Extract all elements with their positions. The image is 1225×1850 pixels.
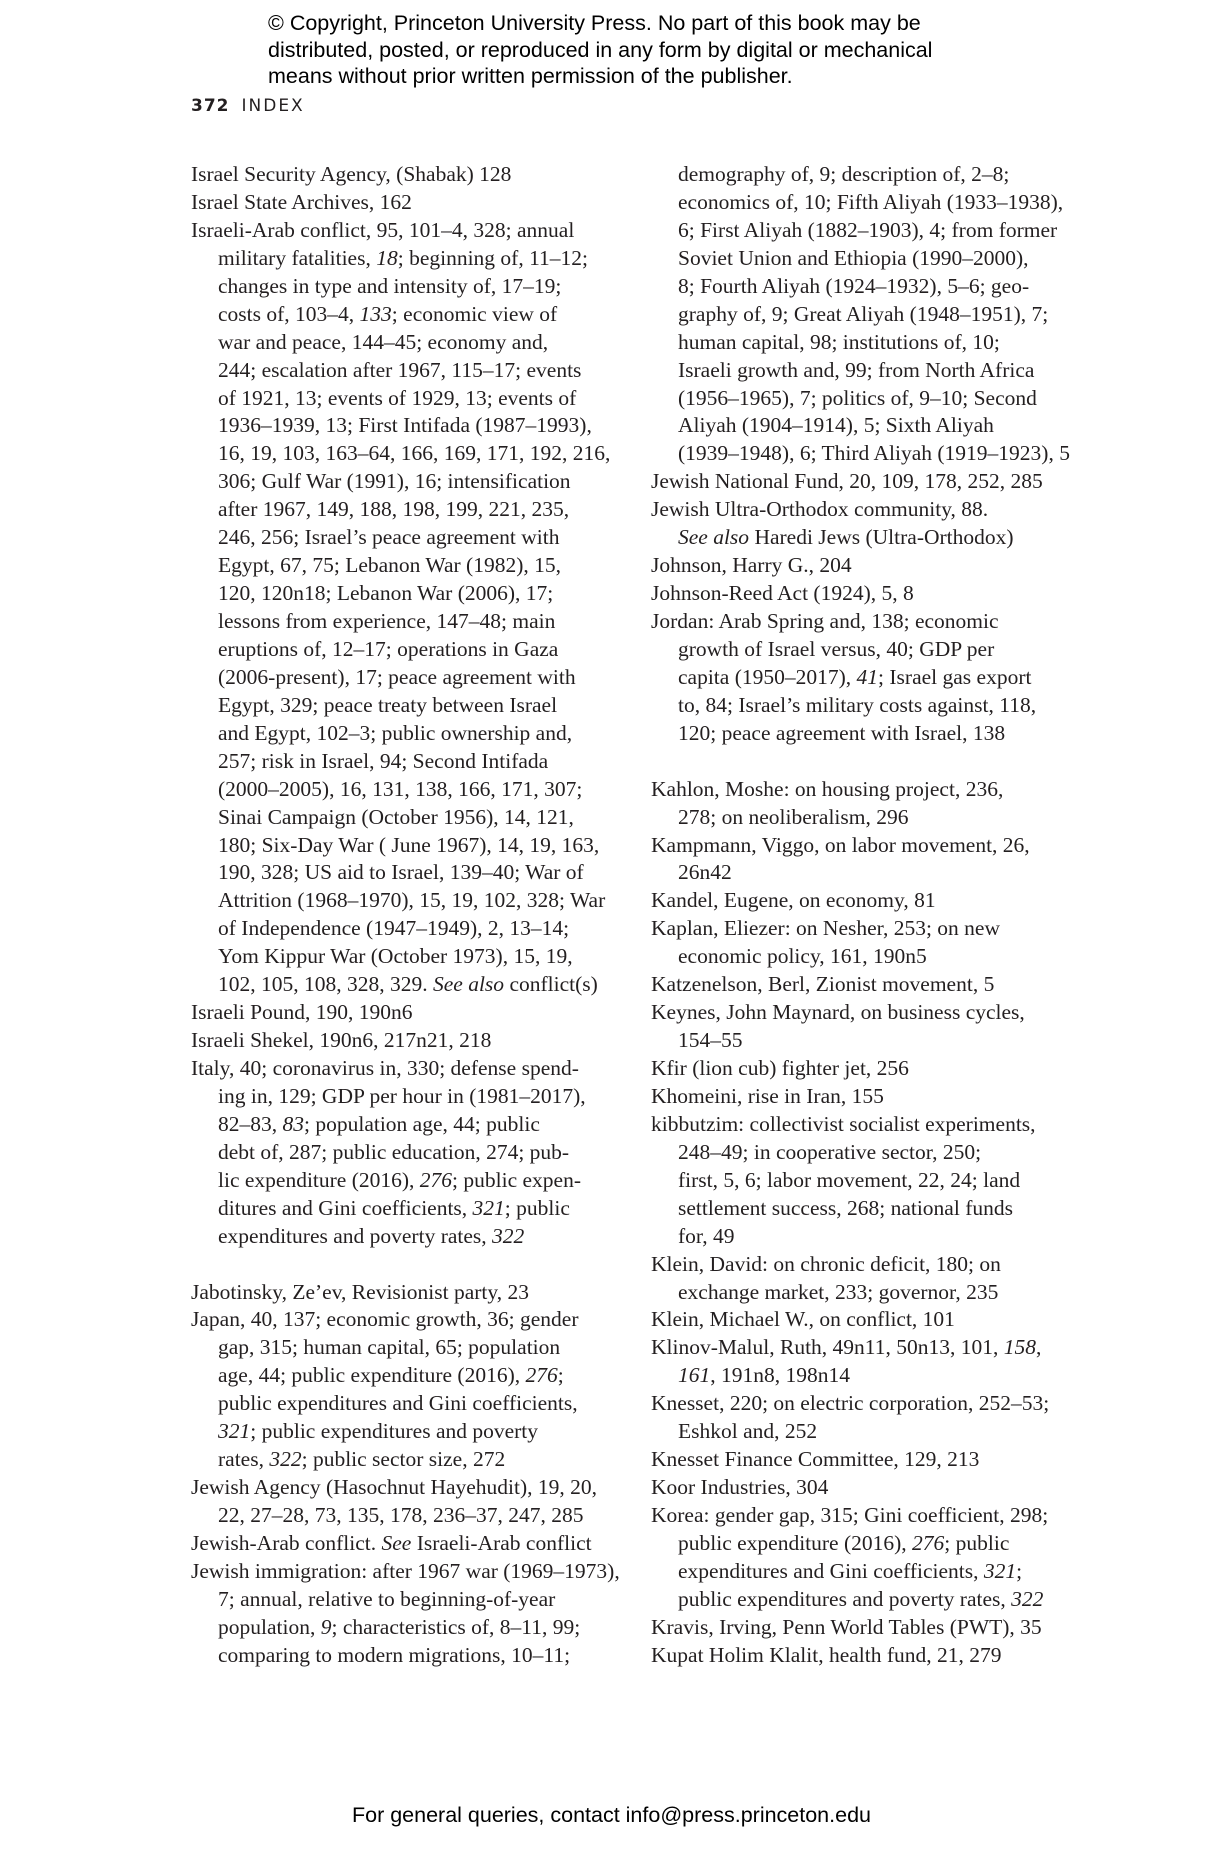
entry-text: Jordan: Arab Spring and, 138; economic [651, 609, 999, 633]
index-subentry-line: of Independence (1947–1949), 2, 13–14; [191, 915, 611, 943]
entry-text: Eshkol and, 252 [678, 1419, 817, 1443]
italic-reference: 322 [492, 1224, 524, 1248]
entry-text: Klein, David: on chronic deficit, 180; o… [651, 1252, 1001, 1276]
entry-text: Kravis, Irving, Penn World Tables (PWT),… [651, 1615, 1042, 1639]
index-subentry-line: 190, 328; US aid to Israel, 139–40; War … [191, 859, 611, 887]
entry-text: gap, 315; human capital, 65; population [218, 1335, 560, 1359]
entry-text: 306; Gulf War (1991), 16; intensificatio… [218, 469, 571, 493]
index-subentry-line: (2006-present), 17; peace agreement with [191, 664, 611, 692]
index-entry-line: Jewish National Fund, 20, 109, 178, 252,… [651, 468, 1071, 496]
index-subentry-line: growth of Israel versus, 40; GDP per [651, 636, 1071, 664]
entry-text: growth of Israel versus, 40; GDP per [678, 637, 994, 661]
italic-reference: 322 [1011, 1587, 1043, 1611]
index-entry-line: Jewish Agency (Hasochnut Hayehudit), 19,… [191, 1474, 611, 1502]
entry-text: Kupat Holim Klalit, health fund, 21, 279 [651, 1643, 1002, 1667]
index-subentry-line: 82–83, 83; population age, 44; public [191, 1111, 611, 1139]
entry-text: Israeli Pound, 190, 190n6 [191, 1000, 413, 1024]
index-subentry-line: expenditures and poverty rates, 322 [191, 1223, 611, 1251]
entry-text: Israeli-Arab conflict [411, 1531, 591, 1555]
entry-text: 7; annual, relative to beginning-of-year [218, 1587, 555, 1611]
index-subentry-line: (1956–1965), 7; politics of, 9–10; Secon… [651, 385, 1071, 413]
entry-text: 180; Six-Day War ( June 1967), 14, 19, 1… [218, 833, 599, 857]
index-entry-line: kibbutzim: collectivist socialist experi… [651, 1111, 1071, 1139]
index-subentry-line: 102, 105, 108, 328, 329. See also confli… [191, 971, 611, 999]
index-subentry-line: expenditures and Gini coefficients, 321; [651, 1558, 1071, 1586]
index-subentry-line: graphy of, 9; Great Aliyah (1948–1951), … [651, 301, 1071, 329]
entry-text: (2006-present), 17; peace agreement with [218, 665, 576, 689]
index-subentry-line: 154–55 [651, 1027, 1071, 1055]
index-entry-line: Korea: gender gap, 315; Gini coefficient… [651, 1502, 1071, 1530]
index-subentry-line: rates, 322; public sector size, 272 [191, 1446, 611, 1474]
entry-text: public expenditure (2016), [678, 1531, 912, 1555]
section-title: INDEX [242, 96, 305, 116]
index-subentry-line: 306; Gulf War (1991), 16; intensificatio… [191, 468, 611, 496]
index-entry-line: Klein, David: on chronic deficit, 180; o… [651, 1251, 1071, 1279]
entry-text: Jewish-Arab conflict. [191, 1531, 381, 1555]
entry-text: first, 5, 6; labor movement, 22, 24; lan… [678, 1168, 1020, 1192]
letter-group-gap [651, 748, 1071, 776]
entry-text: after 1967, 149, 188, 198, 199, 221, 235… [218, 497, 569, 521]
entry-text: public expenditures and poverty rates, [678, 1587, 1011, 1611]
entry-text: ; public expenditures and poverty [250, 1419, 538, 1443]
index-subentry-line: 248–49; in cooperative sector, 250; [651, 1139, 1071, 1167]
letter-group-gap [191, 1251, 611, 1279]
index-subentry-line: and Egypt, 102–3; public ownership and, [191, 720, 611, 748]
index-subentry-line: human capital, 98; institutions of, 10; [651, 329, 1071, 357]
entry-text: demography of, 9; description of, 2–8; [678, 162, 1009, 186]
italic-reference: 83 [283, 1112, 305, 1136]
entry-text: Israel State Archives, 162 [191, 190, 412, 214]
entry-text: ; public [505, 1196, 570, 1220]
entry-text: Yom Kippur War (October 1973), 15, 19, [218, 944, 573, 968]
entry-text: 120, 120n18; Lebanon War (2006), 17; [218, 581, 553, 605]
index-subentry-line: Sinai Campaign (October 1956), 14, 121, [191, 804, 611, 832]
italic-reference: 276 [525, 1363, 557, 1387]
index-subentry-line: (1939–1948), 6; Third Aliyah (1919–1923)… [651, 440, 1071, 468]
entry-text: (2000–2005), 16, 131, 138, 166, 171, 307… [218, 777, 582, 801]
entry-text: military fatalities, [218, 246, 376, 270]
running-head: 372INDEX [191, 96, 305, 116]
index-subentry-line: ing in, 129; GDP per hour in (1981–2017)… [191, 1083, 611, 1111]
entry-text: for, 49 [678, 1224, 734, 1248]
index-subentry-line: Attrition (1968–1970), 15, 19, 102, 328;… [191, 887, 611, 915]
entry-text: Jewish Ultra-Orthodox community, 88. [651, 497, 988, 521]
entry-text: changes in type and intensity of, 17–19; [218, 274, 561, 298]
index-subentry-line: economic policy, 161, 190n5 [651, 943, 1071, 971]
entry-text: Knesset Finance Committee, 129, 213 [651, 1447, 979, 1471]
index-subentry-line: gap, 315; human capital, 65; population [191, 1334, 611, 1362]
entry-text: ; public [944, 1531, 1009, 1555]
entry-text: ; beginning of, 11–12; [398, 246, 588, 270]
entry-text: Jewish immigration: after 1967 war (1969… [191, 1559, 620, 1583]
entry-text: lessons from experience, 147–48; main [218, 609, 555, 633]
index-subentry-line: public expenditures and poverty rates, 3… [651, 1586, 1071, 1614]
index-subentry-line: military fatalities, 18; beginning of, 1… [191, 245, 611, 273]
entry-text: ; economic view of [392, 302, 557, 326]
index-subentry-line: capita (1950–2017), 41; Israel gas expor… [651, 664, 1071, 692]
index-subentry-line: lic expenditure (2016), 276; public expe… [191, 1167, 611, 1195]
entry-text: Italy, 40; coronavirus in, 330; defense … [191, 1056, 579, 1080]
index-subentry-line: 22, 27–28, 73, 135, 178, 236–37, 247, 28… [191, 1502, 611, 1530]
index-subentry-line: debt of, 287; public education, 274; pub… [191, 1139, 611, 1167]
index-subentry-line: age, 44; public expenditure (2016), 276; [191, 1362, 611, 1390]
index-entry-line: Jordan: Arab Spring and, 138; economic [651, 608, 1071, 636]
entry-text: Klein, Michael W., on conflict, 101 [651, 1307, 955, 1331]
italic-reference: 276 [420, 1168, 452, 1192]
entry-text: 246, 256; Israel’s peace agreement with [218, 525, 559, 549]
entry-text: 16, 19, 103, 163–64, 166, 169, 171, 192,… [218, 441, 610, 465]
index-subentry-line: demography of, 9; description of, 2–8; [651, 161, 1071, 189]
entry-text: ; characteristics of, 8–11, 99; [331, 1615, 580, 1639]
entry-text: lic expenditure (2016), [218, 1168, 420, 1192]
entry-text: Jewish National Fund, 20, 109, 178, 252,… [651, 469, 1043, 493]
entry-text: 102, 105, 108, 328, 329. [218, 972, 433, 996]
italic-reference: 18 [376, 246, 398, 270]
entry-text: of 1921, 13; events of 1929, 13; events … [218, 386, 576, 410]
entry-text: 1936–1939, 13; First Intifada (1987–1993… [218, 413, 592, 437]
entry-text: Aliyah (1904–1914), 5; Sixth Aliyah [678, 413, 994, 437]
entry-text: Israeli Shekel, 190n6, 217n21, 218 [191, 1028, 491, 1052]
entry-text: 6; First Aliyah (1882–1903), 4; from for… [678, 218, 1057, 242]
entry-text: Klinov-Malul, Ruth, 49n11, 50n13, 101, [651, 1335, 1004, 1359]
copyright-line: distributed, posted, or reproduced in an… [268, 37, 988, 64]
index-entry-line: Knesset, 220; on electric corporation, 2… [651, 1390, 1071, 1418]
entry-text: Kaplan, Eliezer: on Nesher, 253; on new [651, 916, 1000, 940]
entry-text: eruptions of, 12–17; operations in Gaza [218, 637, 558, 661]
italic-reference: 161 [678, 1363, 710, 1387]
index-entry-line: Kaplan, Eliezer: on Nesher, 253; on new [651, 915, 1071, 943]
entry-text: (1956–1965), 7; politics of, 9–10; Secon… [678, 386, 1037, 410]
index-entry-line: Israeli Shekel, 190n6, 217n21, 218 [191, 1027, 611, 1055]
entry-text: and Egypt, 102–3; public ownership and, [218, 721, 572, 745]
index-entry-line: Israel State Archives, 162 [191, 189, 611, 217]
index-entry-line: Jewish immigration: after 1967 war (1969… [191, 1558, 611, 1586]
index-subentry-line: of 1921, 13; events of 1929, 13; events … [191, 385, 611, 413]
index-subentry-line: Soviet Union and Ethiopia (1990–2000), [651, 245, 1071, 273]
entry-text: Kahlon, Moshe: on housing project, 236, [651, 777, 1003, 801]
entry-text: Katzenelson, Berl, Zionist movement, 5 [651, 972, 994, 996]
index-entry-line: Kravis, Irving, Penn World Tables (PWT),… [651, 1614, 1071, 1642]
entry-text: 8; Fourth Aliyah (1924–1932), 5–6; geo- [678, 274, 1029, 298]
index-subentry-line: 120; peace agreement with Israel, 138 [651, 720, 1071, 748]
entry-text: , [1036, 1335, 1041, 1359]
entry-text: Sinai Campaign (October 1956), 14, 121, [218, 805, 574, 829]
entry-text: kibbutzim: collectivist socialist experi… [651, 1112, 1036, 1136]
entry-text: capita (1950–2017), [678, 665, 857, 689]
entry-text: Israeli-Arab conflict, 95, 101–4, 328; a… [191, 218, 574, 242]
index-subentry-line: Egypt, 67, 75; Lebanon War (1982), 15, [191, 552, 611, 580]
entry-text: expenditures and poverty rates, [218, 1224, 492, 1248]
index-subentry-line: 1936–1939, 13; First Intifada (1987–1993… [191, 412, 611, 440]
index-entry-line: Italy, 40; coronavirus in, 330; defense … [191, 1055, 611, 1083]
index-entry-line: Khomeini, rise in Iran, 155 [651, 1083, 1071, 1111]
index-entry-line: Japan, 40, 137; economic growth, 36; gen… [191, 1306, 611, 1334]
entry-text: expenditures and Gini coefficients, [678, 1559, 984, 1583]
entry-text: 154–55 [678, 1028, 743, 1052]
entry-text: war and peace, 144–45; economy and, [218, 330, 548, 354]
entry-text: ; public expen- [452, 1168, 581, 1192]
entry-text: graphy of, 9; Great Aliyah (1948–1951), … [678, 302, 1048, 326]
index-subentry-line: 244; escalation after 1967, 115–17; even… [191, 357, 611, 385]
entry-text: to, 84; Israel’s military costs against,… [678, 693, 1036, 717]
entry-text: Kfir (lion cub) fighter jet, 256 [651, 1056, 909, 1080]
index-entry-line: Kahlon, Moshe: on housing project, 236, [651, 776, 1071, 804]
index-subentry-line: after 1967, 149, 188, 198, 199, 221, 235… [191, 496, 611, 524]
index-subentry-line: war and peace, 144–45; economy and, [191, 329, 611, 357]
index-subentry-line: 7; annual, relative to beginning-of-year [191, 1586, 611, 1614]
entry-text: 120; peace agreement with Israel, 138 [678, 721, 1005, 745]
page-number: 372 [191, 96, 230, 116]
index-entry-line: Kupat Holim Klalit, health fund, 21, 279 [651, 1642, 1071, 1670]
index-subentry-line: economics of, 10; Fifth Aliyah (1933–193… [651, 189, 1071, 217]
index-subentry-line: Eshkol and, 252 [651, 1418, 1071, 1446]
index-subentry-line: 120, 120n18; Lebanon War (2006), 17; [191, 580, 611, 608]
entry-text: conflict(s) [504, 972, 598, 996]
entry-text: 82–83, [218, 1112, 283, 1136]
footer: For general queries, contact info@press.… [0, 1803, 1225, 1828]
entry-text: Kandel, Eugene, on economy, 81 [651, 888, 936, 912]
index-entry-line: Koor Industries, 304 [651, 1474, 1071, 1502]
entry-text: economics of, 10; Fifth Aliyah (1933–193… [678, 190, 1063, 214]
index-subentry-line: 321; public expenditures and poverty [191, 1418, 611, 1446]
entry-text: ; population age, 44; public [304, 1112, 540, 1136]
index-entry-line: Jewish Ultra-Orthodox community, 88. [651, 496, 1071, 524]
index-subentry-line: public expenditures and Gini coefficient… [191, 1390, 611, 1418]
entry-text: ; public sector size, 272 [302, 1447, 506, 1471]
entry-text: rates, [218, 1447, 269, 1471]
italic-reference: See [381, 1531, 411, 1555]
entry-text: comparing to modern migrations, 10–11; [218, 1643, 570, 1667]
entry-text: Japan, 40, 137; economic growth, 36; gen… [191, 1307, 579, 1331]
italic-reference: See also [678, 525, 749, 549]
index-subentry-line: 246, 256; Israel’s peace agreement with [191, 524, 611, 552]
index-entry-line: Kampmann, Viggo, on labor movement, 26, [651, 832, 1071, 860]
index-subentry-line: population, 9; characteristics of, 8–11,… [191, 1614, 611, 1642]
index-entry-line: Johnson-Reed Act (1924), 5, 8 [651, 580, 1071, 608]
entry-text: Jewish Agency (Hasochnut Hayehudit), 19,… [191, 1475, 597, 1499]
index-subentry-line: 161, 191n8, 198n14 [651, 1362, 1071, 1390]
entry-text: of Independence (1947–1949), 2, 13–14; [218, 916, 569, 940]
entry-text: ditures and Gini coefficients, [218, 1196, 473, 1220]
italic-reference: See also [433, 972, 504, 996]
index-subentry-line: 257; risk in Israel, 94; Second Intifada [191, 748, 611, 776]
index-subentry-line: changes in type and intensity of, 17–19; [191, 273, 611, 301]
copyright-line: means without prior written permission o… [268, 63, 988, 90]
entry-text: ; [558, 1363, 564, 1387]
entry-text: Keynes, John Maynard, on business cycles… [651, 1000, 1025, 1024]
index-subentry-line: lessons from experience, 147–48; main [191, 608, 611, 636]
entry-text: ; [1016, 1559, 1022, 1583]
entry-text: Khomeini, rise in Iran, 155 [651, 1084, 884, 1108]
index-subentry-line: comparing to modern migrations, 10–11; [191, 1642, 611, 1670]
entry-text: settlement success, 268; national funds [678, 1196, 1013, 1220]
index-column-right: demography of, 9; description of, 2–8;ec… [651, 161, 1071, 1670]
index-entry-line: Klinov-Malul, Ruth, 49n11, 50n13, 101, 1… [651, 1334, 1071, 1362]
index-subentry-line: 6; First Aliyah (1882–1903), 4; from for… [651, 217, 1071, 245]
entry-text: ; Israel gas export [878, 665, 1031, 689]
entry-text: economic policy, 161, 190n5 [678, 944, 927, 968]
italic-reference: 321 [218, 1419, 250, 1443]
index-subentry-line: public expenditure (2016), 276; public [651, 1530, 1071, 1558]
italic-reference: 133 [360, 302, 392, 326]
index-subentry-line: Egypt, 329; peace treaty between Israel [191, 692, 611, 720]
entry-text: 244; escalation after 1967, 115–17; even… [218, 358, 581, 382]
entry-text: Johnson, Harry G., 204 [651, 553, 852, 577]
index-entry-line: Klein, Michael W., on conflict, 101 [651, 1306, 1071, 1334]
entry-text: population, [218, 1615, 321, 1639]
entry-text: Korea: gender gap, 315; Gini coefficient… [651, 1503, 1048, 1527]
index-subentry-line: ditures and Gini coefficients, 321; publ… [191, 1195, 611, 1223]
italic-reference: 9 [321, 1615, 332, 1639]
entry-text: 190, 328; US aid to Israel, 139–40; War … [218, 860, 584, 884]
italic-reference: 321 [473, 1196, 505, 1220]
entry-text: 278; on neoliberalism, 296 [678, 805, 909, 829]
entry-text: Haredi Jews (Ultra-Orthodox) [749, 525, 1014, 549]
italic-reference: 276 [912, 1531, 944, 1555]
entry-text: Israeli growth and, 99; from North Afric… [678, 358, 1034, 382]
entry-text: human capital, 98; institutions of, 10; [678, 330, 1000, 354]
index-entry-line: Johnson, Harry G., 204 [651, 552, 1071, 580]
index-entry-line: Knesset Finance Committee, 129, 213 [651, 1446, 1071, 1474]
entry-text: exchange market, 233; governor, 235 [678, 1280, 998, 1304]
index-subentry-line: (2000–2005), 16, 131, 138, 166, 171, 307… [191, 776, 611, 804]
index-subentry-line: Yom Kippur War (October 1973), 15, 19, [191, 943, 611, 971]
entry-text: costs of, 103–4, [218, 302, 360, 326]
copyright-notice: © Copyright, Princeton University Press.… [268, 10, 988, 90]
index-entry-line: Keynes, John Maynard, on business cycles… [651, 999, 1071, 1027]
entry-text: public expenditures and Gini coefficient… [218, 1391, 578, 1415]
copyright-line: © Copyright, Princeton University Press.… [268, 10, 988, 37]
entry-text: , 191n8, 198n14 [710, 1363, 850, 1387]
index-subentry-line: 26n42 [651, 859, 1071, 887]
index-subentry-line: 8; Fourth Aliyah (1924–1932), 5–6; geo- [651, 273, 1071, 301]
entry-text: Egypt, 329; peace treaty between Israel [218, 693, 557, 717]
footer-contact-text: For general queries, contact info@press.… [352, 1803, 871, 1827]
index-entry-line: Israeli-Arab conflict, 95, 101–4, 328; a… [191, 217, 611, 245]
index-subentry-line: for, 49 [651, 1223, 1071, 1251]
index-subentry-line: 278; on neoliberalism, 296 [651, 804, 1071, 832]
entry-text: 257; risk in Israel, 94; Second Intifada [218, 749, 548, 773]
entry-text: ing in, 129; GDP per hour in (1981–2017)… [218, 1084, 586, 1108]
italic-reference: 41 [857, 665, 879, 689]
entry-text: Kampmann, Viggo, on labor movement, 26, [651, 833, 1030, 857]
index-subentry-line: first, 5, 6; labor movement, 22, 24; lan… [651, 1167, 1071, 1195]
index-subentry-line: 180; Six-Day War ( June 1967), 14, 19, 1… [191, 832, 611, 860]
entry-text: Attrition (1968–1970), 15, 19, 102, 328;… [218, 888, 605, 912]
index-subentry-line: 16, 19, 103, 163–64, 166, 169, 171, 192,… [191, 440, 611, 468]
entry-text: Soviet Union and Ethiopia (1990–2000), [678, 246, 1029, 270]
index-entry-line: Jabotinsky, Ze’ev, Revisionist party, 23 [191, 1279, 611, 1307]
entry-text: Jabotinsky, Ze’ev, Revisionist party, 23 [191, 1280, 529, 1304]
index-subentry-line: settlement success, 268; national funds [651, 1195, 1071, 1223]
index-column-left: Israel Security Agency, (Shabak) 128Isra… [191, 161, 611, 1670]
entry-text: Koor Industries, 304 [651, 1475, 828, 1499]
entry-text: Johnson-Reed Act (1924), 5, 8 [651, 581, 914, 605]
index-entry-line: Israeli Pound, 190, 190n6 [191, 999, 611, 1027]
entry-text: Egypt, 67, 75; Lebanon War (1982), 15, [218, 553, 561, 577]
entry-text: (1939–1948), 6; Third Aliyah (1919–1923)… [678, 441, 1070, 465]
italic-reference: 158 [1004, 1335, 1036, 1359]
entry-text: debt of, 287; public education, 274; pub… [218, 1140, 569, 1164]
entry-text: 22, 27–28, 73, 135, 178, 236–37, 247, 28… [218, 1503, 584, 1527]
index-entry-line: Israel Security Agency, (Shabak) 128 [191, 161, 611, 189]
index-subentry-line: Aliyah (1904–1914), 5; Sixth Aliyah [651, 412, 1071, 440]
entry-text: Knesset, 220; on electric corporation, 2… [651, 1391, 1049, 1415]
index-subentry-line: See also Haredi Jews (Ultra-Orthodox) [651, 524, 1071, 552]
italic-reference: 321 [984, 1559, 1016, 1583]
entry-text: Israel Security Agency, (Shabak) 128 [191, 162, 511, 186]
index-entry-line: Kfir (lion cub) fighter jet, 256 [651, 1055, 1071, 1083]
index-subentry-line: to, 84; Israel’s military costs against,… [651, 692, 1071, 720]
entry-text: age, 44; public expenditure (2016), [218, 1363, 525, 1387]
entry-text: 26n42 [678, 860, 732, 884]
index-subentry-line: costs of, 103–4, 133; economic view of [191, 301, 611, 329]
index-entry-line: Katzenelson, Berl, Zionist movement, 5 [651, 971, 1071, 999]
entry-text: 248–49; in cooperative sector, 250; [678, 1140, 981, 1164]
index-subentry-line: exchange market, 233; governor, 235 [651, 1279, 1071, 1307]
index-subentry-line: Israeli growth and, 99; from North Afric… [651, 357, 1071, 385]
italic-reference: 322 [269, 1447, 301, 1471]
index-entry-line: Kandel, Eugene, on economy, 81 [651, 887, 1071, 915]
index-entry-line: Jewish-Arab conflict. See Israeli-Arab c… [191, 1530, 611, 1558]
index-subentry-line: eruptions of, 12–17; operations in Gaza [191, 636, 611, 664]
